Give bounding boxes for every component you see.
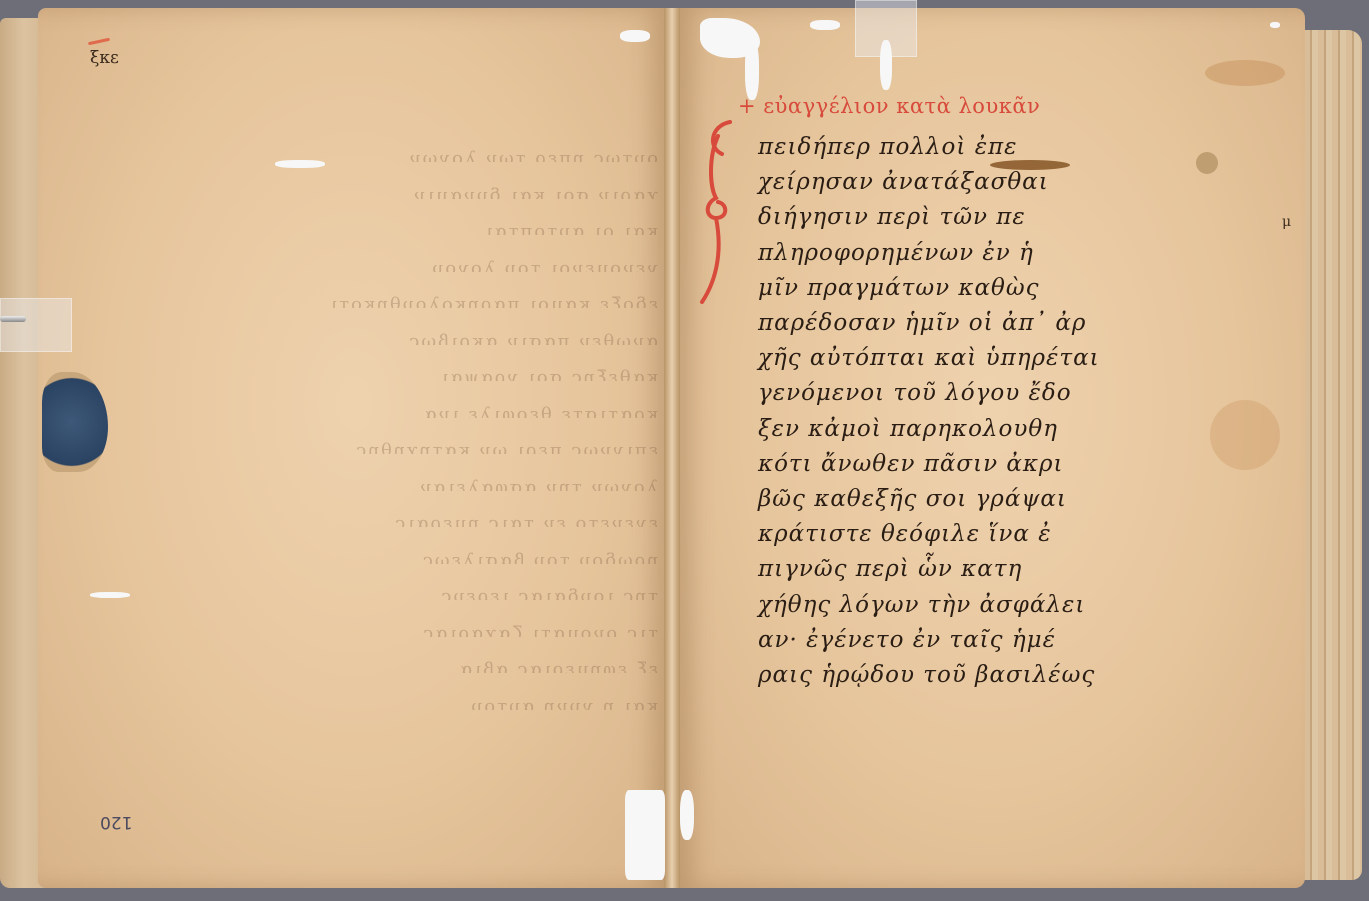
show-through-text: ουτως ηπερ των λογων χαριν σοι και δυναμ… (218, 148, 658, 732)
text-line: ξεν κἀμοὶ παρηκολουθη (758, 412, 1148, 447)
ghost-line: και οι αυτοπται (218, 221, 658, 235)
ghost-line: χαριν σοι και δυναμιν (218, 185, 658, 199)
book-gutter (664, 8, 680, 888)
text-line: χείρησαν ἀνατάξασθαι (758, 165, 1148, 200)
text-line: αν· ἐγένετο ἐν ταῖς ἡμέ (758, 623, 1148, 658)
red-initial-epsilon (700, 118, 740, 304)
text-line: χήθης λόγων τὴν ἀσφάλει (758, 588, 1148, 623)
metal-pin (0, 316, 26, 322)
folio-number-bottom: 120 (100, 812, 132, 832)
ghost-line: εγενετο εν ταις ημεραις (218, 513, 658, 527)
text-line: μῖν πραγμάτων καθὼς (758, 271, 1148, 306)
left-page: ουτως ηπερ των λογων χαριν σοι και δυναμ… (38, 8, 670, 888)
worm-hole (745, 40, 759, 100)
margin-mark: μ (1282, 214, 1291, 230)
rubric-heading: + εὐαγγέλιον κατὰ λουκᾶν (738, 94, 1040, 118)
ghost-line: λογων την ασφαλειαν (218, 477, 658, 491)
ghost-line: επιγνως περι ων κατηχηθης (218, 440, 658, 454)
ghost-line: κρατιστε θεοφιλε ινα (218, 404, 658, 418)
worm-hole (625, 790, 665, 880)
text-line: γενόμενοι τοῦ λόγου ἔδο (758, 376, 1148, 411)
ghost-line: τις ονοματι ζαχαριας (218, 623, 658, 637)
worm-hole (680, 790, 694, 840)
manuscript-photo: ουτως ηπερ των λογων χαριν σοι και δυναμ… (0, 0, 1369, 901)
ghost-line: της ιουδαιας ιερευς (218, 586, 658, 600)
worm-hole (880, 40, 892, 90)
text-line: κότι ἄνωθεν πᾶσιν ἀκρι (758, 447, 1148, 482)
main-text-column: πειδήπερ πολλοὶ ἐπε χείρησαν ἀνατάξασθαι… (758, 130, 1148, 693)
worm-hole (1270, 22, 1280, 28)
ghost-line: γενομενοι του λογου (218, 258, 658, 272)
worm-hole (810, 20, 840, 30)
worm-hole (275, 160, 325, 168)
text-line: παρέδοσαν ἡμῖν οἱ ἀπ᾽ ἀρ (758, 306, 1148, 341)
text-line: κράτιστε θεόφιλε ἵνα ἐ (758, 517, 1148, 552)
ink-smudge (990, 160, 1070, 170)
repair-tape (0, 298, 72, 352)
ghost-line: ηρωδου του βασιλεως (218, 550, 658, 564)
stain (1205, 60, 1285, 86)
worm-hole (90, 592, 130, 598)
stain (1210, 400, 1280, 470)
text-line: διήγησιν περὶ τῶν πε (758, 200, 1148, 235)
stain (1196, 152, 1218, 174)
worm-hole (620, 30, 650, 42)
ghost-line: καθεξης σοι γραψαι (218, 367, 658, 381)
text-line: ραις ἡρῴδου τοῦ βασιλέως (758, 658, 1148, 693)
text-line: χῆς αὐτόπται καὶ ὑπηρέται (758, 341, 1148, 376)
text-line: πειδήπερ πολλοὶ ἐπε (758, 130, 1148, 165)
text-line: βῶς καθεξῆς σοι γράψαι (758, 482, 1148, 517)
folio-number-top: ξκε (90, 48, 119, 68)
ghost-line: ανωθεν πασιν ακριβως (218, 331, 658, 345)
ghost-line: εδοξε καμοι παρηκολουθηκοτι (218, 294, 658, 308)
ghost-line: και η γυνη αυτου (218, 696, 658, 710)
ghost-line: εξ εφημεριας αβια (218, 659, 658, 673)
text-line: πληροφορημένων ἐν ἡ (758, 236, 1148, 271)
text-line: πιγνῶς περὶ ὧν κατη (758, 552, 1148, 587)
